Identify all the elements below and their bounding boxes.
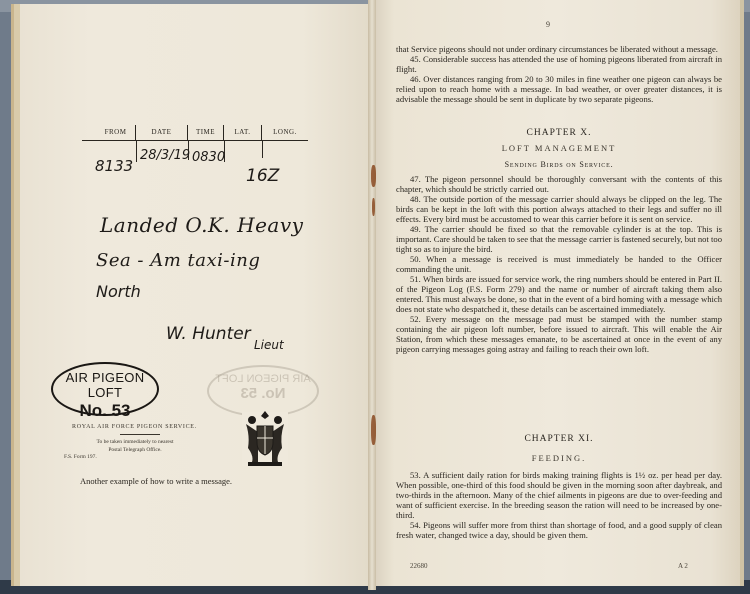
paragraph-53: 53. A sufficient daily ration for birds …: [396, 470, 722, 520]
binding-stain: [371, 165, 376, 187]
form-long-value: 16Z: [246, 166, 279, 186]
chapter-x-title: CHAPTER X.: [396, 128, 722, 138]
form-columns: FROM DATE TIME LAT. LONG.: [96, 125, 308, 140]
paragraph-47: 47. The pigeon personnel should be thoro…: [396, 174, 722, 194]
message-line-2: Sea - Am taxi-ing: [96, 250, 260, 271]
chapter-xi-subtitle: FEEDING.: [396, 453, 722, 463]
chapter-x-text: 47. The pigeon personnel should be thoro…: [396, 174, 722, 354]
chapter-x-heading: CHAPTER X. LOFT MANAGEMENT Sending Birds…: [396, 128, 722, 169]
book-gutter: [368, 0, 376, 590]
paragraph-46: 46. Over distances ranging from 20 to 30…: [396, 74, 722, 104]
form-col-from: FROM: [96, 125, 136, 140]
chapter-x-subtitle: LOFT MANAGEMENT: [396, 143, 722, 153]
paragraph-54: 54. Pigeons will suffer more from thirst…: [396, 520, 722, 540]
binding-stain: [372, 198, 375, 216]
chapter-x-section: Sending Birds on Service.: [396, 160, 722, 169]
form-number: F.S. Form 197.: [64, 454, 97, 460]
instruction-line-1: To be taken immediately to nearest: [80, 438, 190, 446]
figure-caption: Another example of how to write a messag…: [80, 476, 232, 486]
footer-print-code: 22680: [410, 562, 428, 570]
message-form-header: FROM DATE TIME LAT. LONG.: [96, 125, 308, 141]
page-number: 9: [546, 20, 550, 29]
form-col-long: LONG.: [262, 125, 308, 140]
form-col-lat: LAT.: [224, 125, 262, 140]
chapter-xi-title: CHAPTER XI.: [396, 434, 722, 444]
form-rule: [82, 140, 308, 141]
form-col-time: TIME: [188, 125, 224, 140]
form-time-value: 0830: [192, 150, 225, 165]
stamp-arc-text: AIR PIGEON LOFT: [53, 370, 157, 400]
paragraph-52: 52. Every message on the message pad mus…: [396, 314, 722, 354]
chapter-xi-heading: CHAPTER XI. FEEDING.: [396, 434, 722, 463]
instruction-line-2: Postal Telegraph Office.: [80, 446, 190, 454]
paragraph-48: 48. The outside portion of the message c…: [396, 194, 722, 224]
chapter-xi-text: 53. A sufficient daily ration for birds …: [396, 470, 722, 540]
ghost-stamp-text: AIR PIGEON LOFT: [209, 373, 317, 385]
signature-rank: Lieut: [254, 338, 284, 352]
message-line-3: North: [96, 282, 141, 301]
footer-signature-mark: A 2: [678, 562, 688, 570]
ghost-stamp-number: No. 53: [209, 385, 317, 402]
form-divider: [262, 140, 263, 158]
left-page: [14, 4, 372, 586]
message-line-1: Landed O.K. Heavy: [100, 213, 303, 237]
paragraph-51: 51. When birds are issued for service wo…: [396, 274, 722, 314]
service-title: ROYAL AIR FORCE PIGEON SERVICE.: [72, 424, 197, 430]
form-col-date: DATE: [136, 125, 188, 140]
intro-text: that Service pigeons should not under or…: [396, 44, 722, 104]
service-rule: [120, 434, 160, 435]
air-pigeon-loft-stamp: AIR PIGEON LOFT No. 53: [51, 362, 159, 416]
paragraph-49: 49. The carrier should be fixed so that …: [396, 224, 722, 254]
paragraph-50: 50. When a message is received is must i…: [396, 254, 722, 274]
instruction-text: To be taken immediately to nearest Posta…: [80, 438, 190, 454]
form-from-value: 8133: [95, 157, 133, 175]
coat-of-arms-icon: [240, 408, 290, 470]
signature: W. Hunter: [166, 324, 251, 344]
paragraph-45: 45. Considerable success has attended th…: [396, 54, 722, 74]
form-date-value: 28/3/19: [140, 148, 190, 163]
stamp-number: No. 53: [53, 401, 157, 421]
binding-stain: [371, 415, 376, 445]
paragraph-continued: that Service pigeons should not under or…: [396, 44, 722, 54]
form-divider: [136, 140, 137, 162]
